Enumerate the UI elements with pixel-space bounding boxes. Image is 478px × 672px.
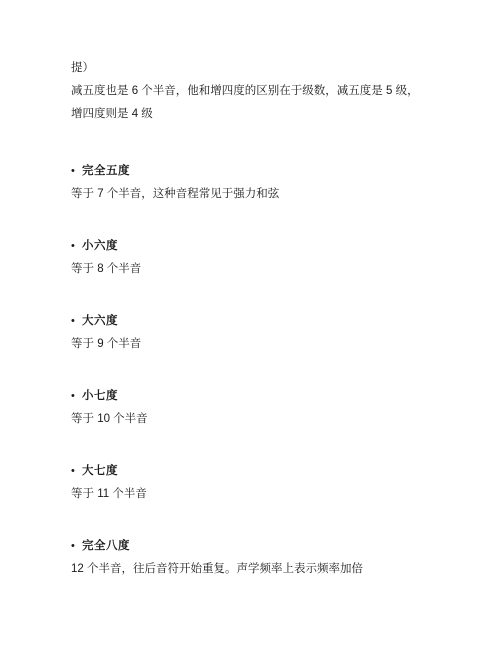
bullet-icon: •: [71, 460, 82, 483]
bullet-icon: •: [71, 160, 82, 183]
bullet-icon: •: [71, 535, 82, 558]
interval-section-perfect-fifth: •完全五度 等于 7 个半音，这种音程常见于强力和弦: [71, 160, 422, 206]
interval-title: 大七度: [82, 465, 118, 477]
interval-title: 大六度: [82, 315, 118, 327]
interval-heading: •大六度: [71, 310, 422, 333]
bullet-icon: •: [71, 235, 82, 258]
interval-heading: •完全五度: [71, 160, 422, 183]
interval-description: 等于 9 个半音: [71, 333, 422, 356]
interval-section-perfect-octave: •完全八度 12 个半音，往后音符开始重复。声学频率上表示频率加倍: [71, 535, 422, 581]
interval-section-minor-seventh: •小七度 等于 10 个半音: [71, 385, 422, 431]
interval-heading: •小七度: [71, 385, 422, 408]
interval-description: 等于 10 个半音: [71, 408, 422, 431]
interval-description: 等于 11 个半音: [71, 483, 422, 506]
intro-paragraph: 提） 减五度也是 6 个半音，他和增四度的区别在于级数，减五度是 5 级， 增四…: [71, 57, 422, 126]
interval-description: 等于 8 个半音: [71, 258, 422, 281]
interval-heading: •大七度: [71, 460, 422, 483]
interval-title: 小六度: [82, 240, 118, 252]
intro-line: 减五度也是 6 个半音，他和增四度的区别在于级数，减五度是 5 级，: [71, 80, 422, 103]
interval-section-major-sixth: •大六度 等于 9 个半音: [71, 310, 422, 356]
interval-title: 完全五度: [82, 165, 130, 177]
intro-line: 提）: [71, 57, 422, 80]
interval-section-minor-sixth: •小六度 等于 8 个半音: [71, 235, 422, 281]
interval-description: 12 个半音，往后音符开始重复。声学频率上表示频率加倍: [71, 558, 422, 581]
document-page: 提） 减五度也是 6 个半音，他和增四度的区别在于级数，减五度是 5 级， 增四…: [0, 0, 478, 672]
bullet-icon: •: [71, 385, 82, 408]
interval-description: 等于 7 个半音，这种音程常见于强力和弦: [71, 183, 422, 206]
intro-line: 增四度则是 4 级: [71, 103, 422, 126]
interval-section-major-seventh: •大七度 等于 11 个半音: [71, 460, 422, 506]
interval-title: 完全八度: [82, 540, 130, 552]
bullet-icon: •: [71, 310, 82, 333]
interval-heading: •完全八度: [71, 535, 422, 558]
interval-heading: •小六度: [71, 235, 422, 258]
document-content: 提） 减五度也是 6 个半音，他和增四度的区别在于级数，减五度是 5 级， 增四…: [0, 0, 478, 581]
interval-title: 小七度: [82, 390, 118, 402]
